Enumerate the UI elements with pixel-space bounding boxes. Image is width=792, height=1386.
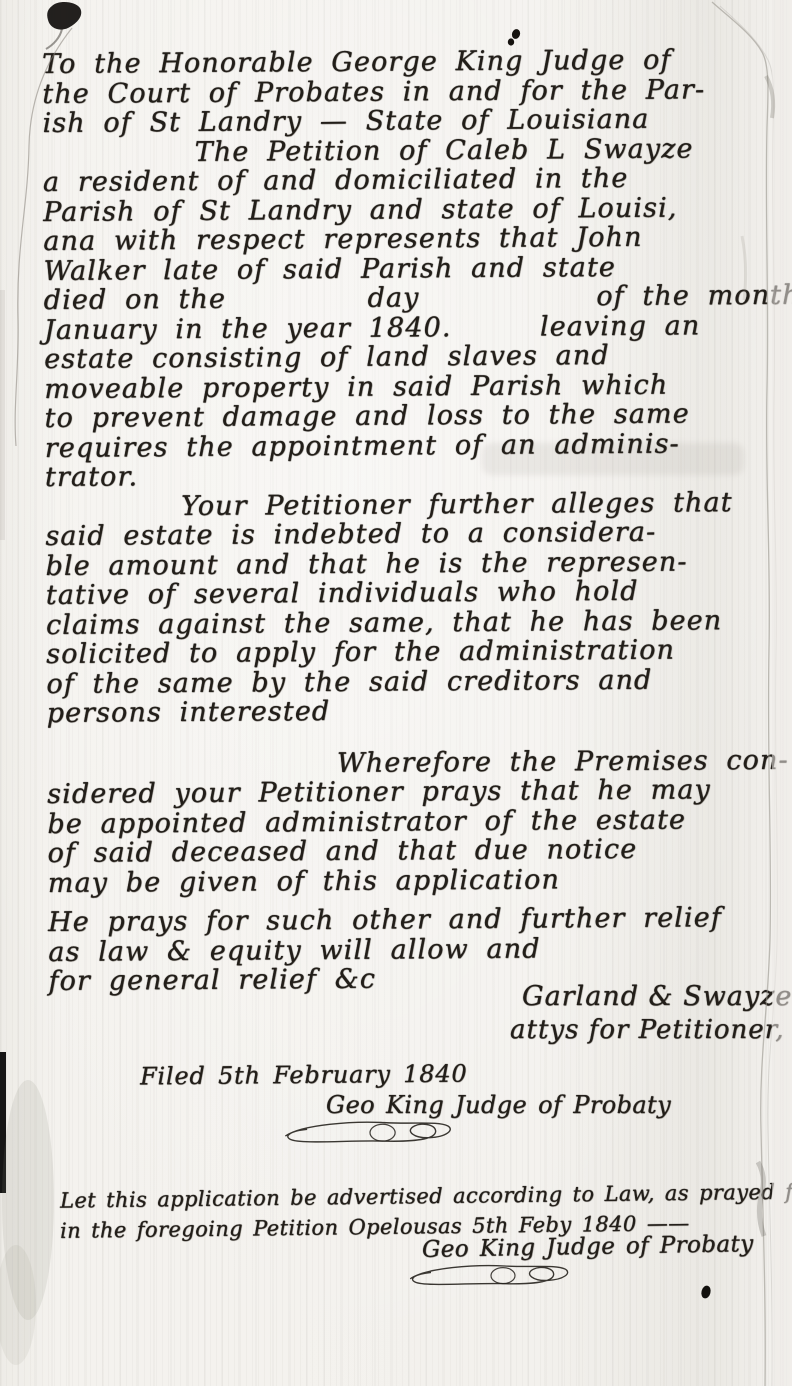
scanner-edge-black-bar [0, 1052, 6, 1193]
handwritten-line: Your Petitioner further alleges that [181, 488, 759, 522]
handwritten-line: Wherefore the Premises con- [337, 745, 761, 777]
handwritten-line: may be given of this application [48, 863, 762, 897]
scanned-document-page: To the Honorable George King Judge ofthe… [0, 0, 792, 1386]
handwritten-line: requires the appointment of an adminis- [45, 429, 759, 463]
signature-flourish-icon [282, 1114, 458, 1148]
scan-margin-right [772, 0, 792, 1386]
attorney-signature-title: attys for Petitioner, [510, 1015, 785, 1045]
order-note-line-1: Let this application be advertised accor… [60, 1179, 792, 1212]
ink-blob [47, 2, 81, 30]
handwritten-line: He prays for such other and further reli… [48, 903, 762, 937]
left-edge-shadow [0, 290, 5, 540]
handwritten-line: be appointed administrator of the estate [47, 804, 761, 838]
petition-body: To the Honorable George King Judge ofthe… [42, 45, 763, 996]
handwritten-line: solicited to apply for the administratio… [46, 635, 760, 669]
handwritten-line: Parish of St Landry and state of Louisi, [43, 193, 757, 227]
handwritten-line: January in the year 1840. leaving an [44, 311, 758, 345]
ink-dot [700, 1285, 712, 1300]
edge-smudge [766, 76, 773, 118]
signature-flourish-icon [388, 1258, 594, 1290]
double-ink-speck [508, 38, 514, 45]
corner-smudge [0, 1245, 36, 1365]
double-ink-speck [511, 28, 522, 40]
corner-smudge [2, 1080, 54, 1320]
attorney-signature: Garland & Swayze [522, 981, 792, 1012]
handwritten-line: The Petition of Caleb L Swayze [195, 134, 757, 167]
handwritten-line: persons interested [47, 694, 761, 728]
filing-note: Filed 5th February 1840 [140, 1060, 468, 1091]
handwritten-line: ble amount and that he is the represen- [46, 547, 760, 581]
ink-blob-tail [46, 29, 62, 49]
